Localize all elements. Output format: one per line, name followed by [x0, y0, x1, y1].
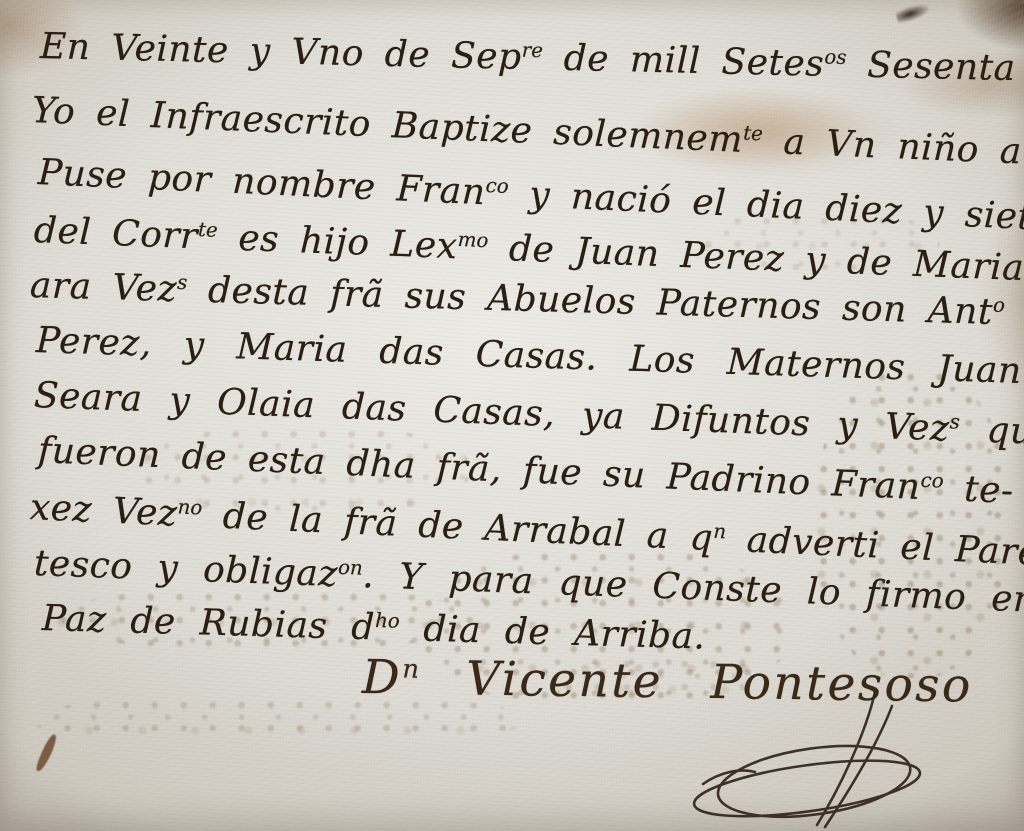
- ink-fleck: [34, 733, 58, 773]
- manuscript-page: En Veinte y Vno de Sepre de mill Setesos…: [0, 0, 1024, 831]
- superscript-abbreviation: on: [338, 556, 363, 580]
- text-segment: de la frã de Arrabal a q: [201, 495, 714, 559]
- text-segment: de mill Setes: [542, 37, 824, 84]
- text-segment: que: [959, 409, 1024, 453]
- text-segment: tesco y obligaz: [33, 543, 338, 595]
- text-segment: xez Vez: [29, 487, 178, 535]
- superscript-abbreviation: o: [993, 294, 1006, 317]
- text-segment: En Veinte y Vno de Sep: [40, 26, 523, 78]
- text-segment: Paz de Rubias d: [41, 598, 375, 648]
- text-segment: ara Vez: [29, 265, 177, 310]
- signature-rubric-flourish: [685, 688, 940, 830]
- superscript-abbreviation: te: [743, 122, 764, 146]
- ink-fleck: [895, 1, 932, 25]
- superscript-abbreviation: co: [920, 469, 944, 493]
- superscript-abbreviation: n: [713, 520, 727, 544]
- superscript-abbreviation: mo: [457, 228, 489, 252]
- superscript-abbreviation: te: [198, 218, 219, 242]
- text-segment: te-: [942, 468, 1014, 512]
- superscript-abbreviation: ho: [375, 609, 400, 633]
- superscript-abbreviation: no: [177, 495, 203, 519]
- superscript-abbreviation: os: [824, 46, 847, 69]
- text-segment: dia de Arriba.: [399, 608, 706, 658]
- text-segment: D: [362, 650, 403, 706]
- text-segment: es hijo Lex: [217, 217, 459, 267]
- superscript-abbreviation: re: [521, 39, 543, 62]
- text-segment: Puse por nombre Fran: [37, 152, 486, 213]
- superscript-abbreviation: n: [402, 655, 419, 685]
- text-segment: del Corr: [33, 210, 198, 257]
- manuscript-line-1: En Veinte y Vno de Sepre de mill Setesos…: [40, 26, 1024, 92]
- superscript-abbreviation: co: [485, 174, 509, 198]
- text-segment: Sesenta y tres,: [846, 44, 1024, 92]
